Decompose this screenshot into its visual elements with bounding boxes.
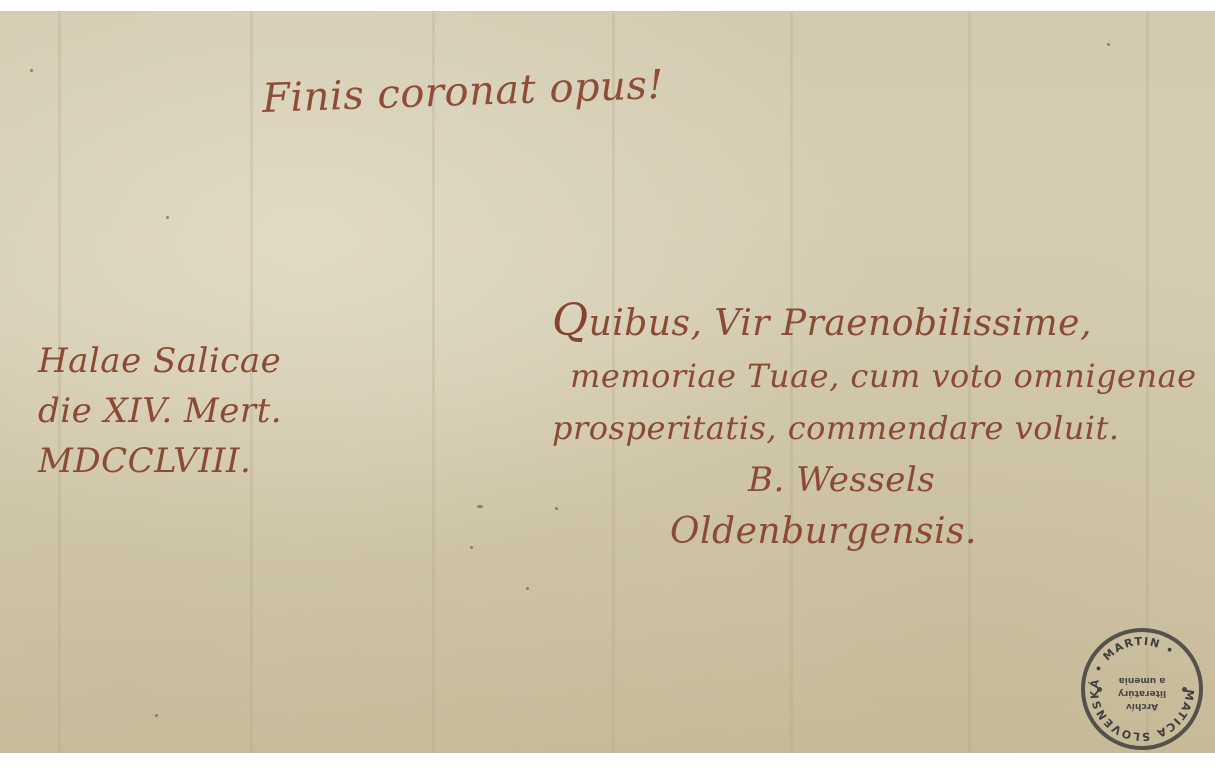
manuscript-page: Finis coronat opus! Halae Salicae die XI… xyxy=(0,11,1215,753)
stamp-dot-icon xyxy=(1182,687,1187,692)
year-line: MDCCLVIII. xyxy=(38,436,282,486)
stamp-inner-text: Archív literatúry a umenia xyxy=(1107,673,1177,712)
place-date-block: Halae Salicae die XIV. Mert. MDCCLVIII. xyxy=(38,336,282,486)
dedication-line-3: prosperitatis, commendare voluit. xyxy=(552,402,1197,454)
library-stamp: MATICA SLOVENSKÁ • MARTIN • Archív liter… xyxy=(1081,628,1203,750)
paper-speck xyxy=(30,69,33,72)
stamp-inner-line-1: Archív xyxy=(1107,699,1177,712)
stamp-dot-icon xyxy=(1097,687,1102,692)
dedication-line-1-text: uibus, Vir Praenobilissime, xyxy=(589,303,1092,344)
dedication-line-2: memoriae Tuae, cum voto omnigenae xyxy=(570,350,1197,402)
stamp-inner-line-2: literatúry xyxy=(1107,686,1177,699)
signature-origin: Oldenburgensis. xyxy=(670,506,1197,558)
stamp-inner-line-3: a umenia xyxy=(1107,673,1177,686)
heading-motto: Finis coronat opus! xyxy=(261,62,664,122)
date-line: die XIV. Mert. xyxy=(38,386,282,436)
place-line: Halae Salicae xyxy=(38,336,282,386)
decorated-initial: Q xyxy=(552,295,589,346)
signature-name: B. Wessels xyxy=(748,454,1197,506)
dedication-block: Quibus, Vir Praenobilissime, memoriae Tu… xyxy=(552,295,1197,558)
dedication-line-1: Quibus, Vir Praenobilissime, xyxy=(552,295,1197,350)
paper-speck xyxy=(526,587,529,590)
paper-speck xyxy=(166,216,169,219)
paper-chain-line xyxy=(432,11,435,753)
paper-speck xyxy=(477,505,483,508)
paper-speck xyxy=(155,714,158,717)
paper-speck xyxy=(1107,43,1110,46)
paper-speck xyxy=(470,546,473,549)
